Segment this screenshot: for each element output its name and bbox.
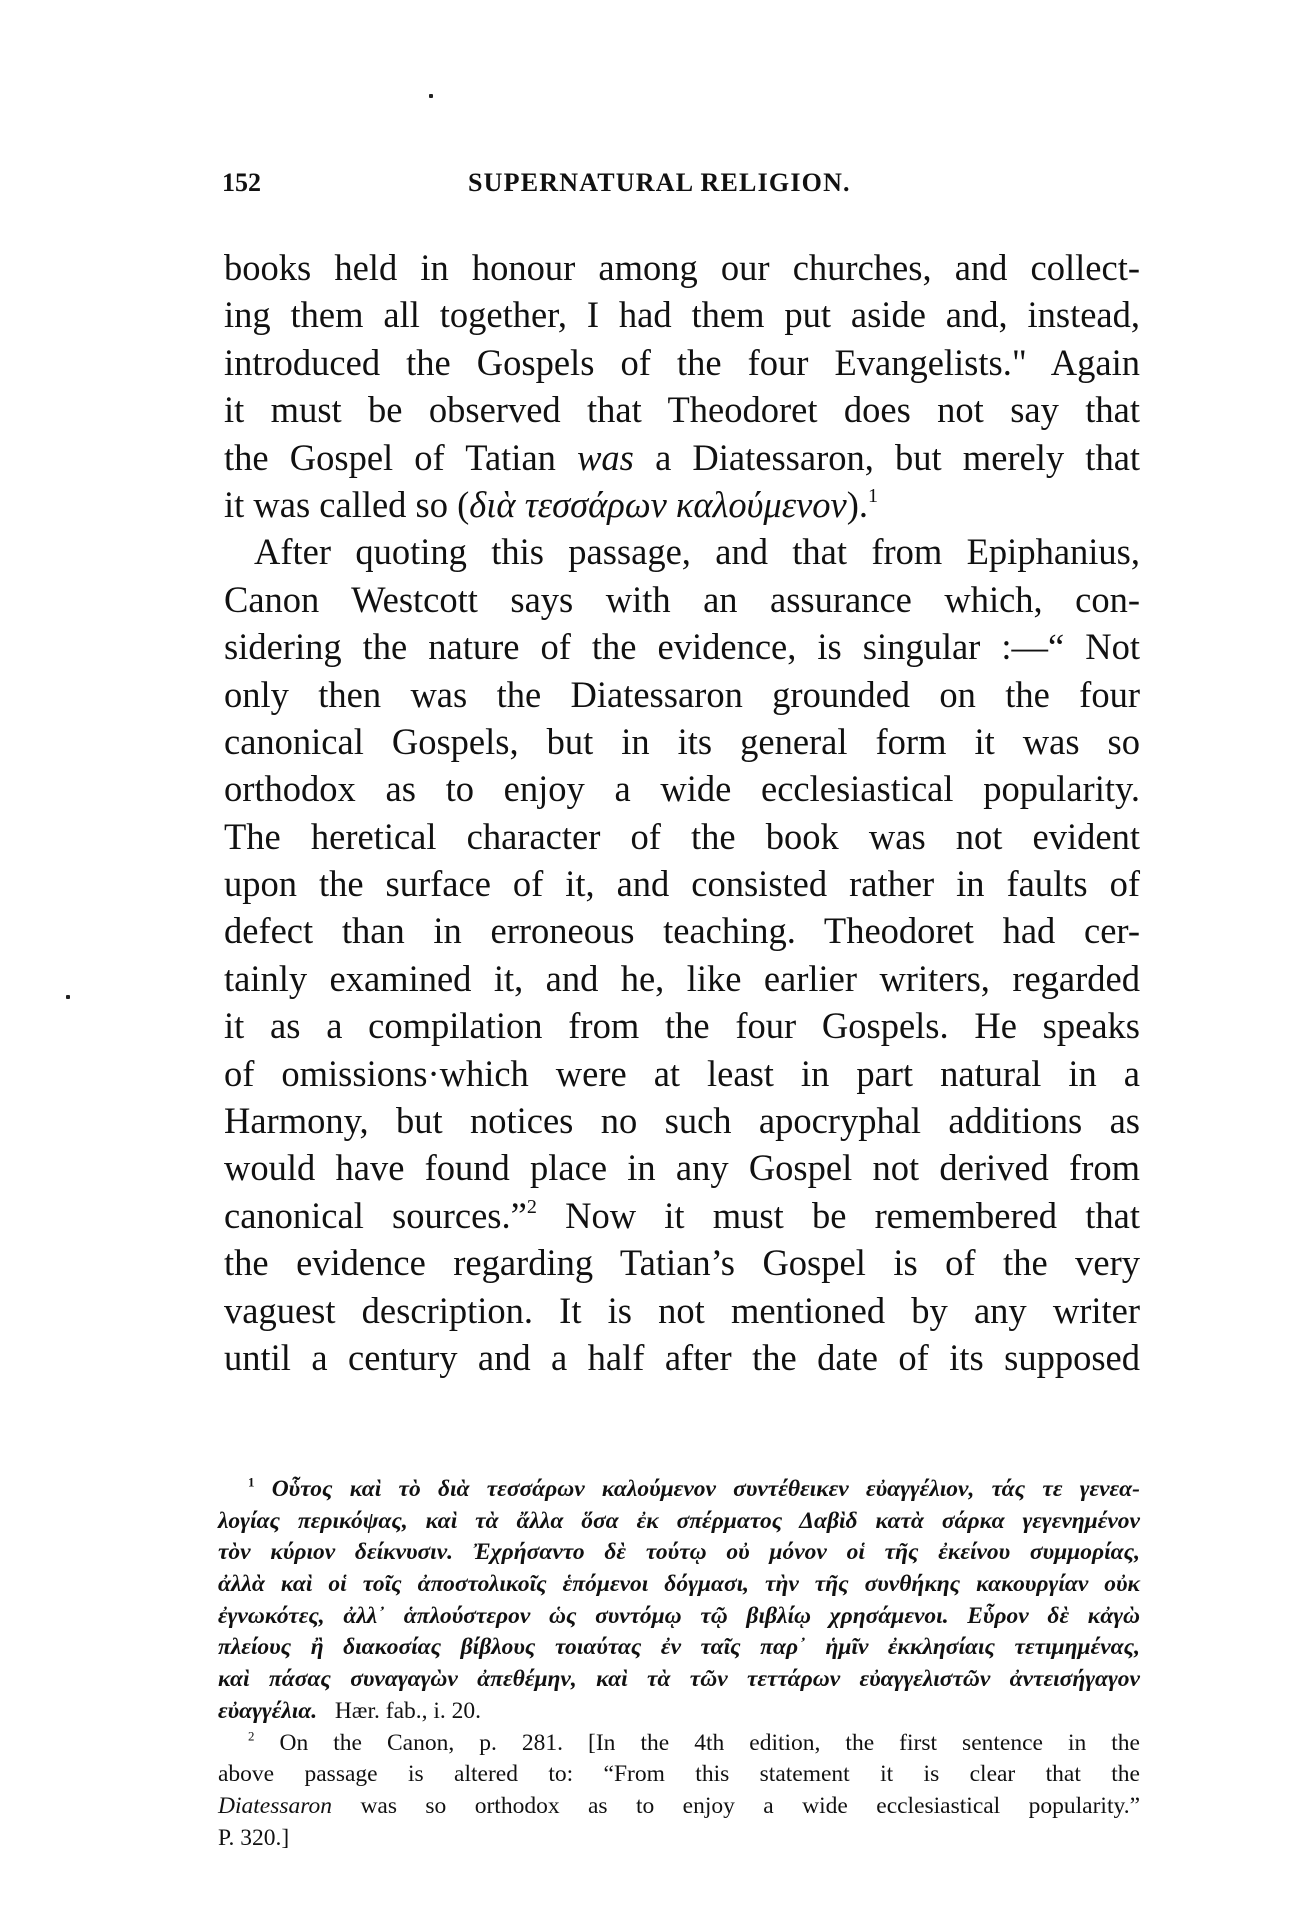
footnote-1-line: ἐγνωκότες, ἀλλ᾽ ἁπλούστερον ὡς συντόμῳ τ… [218, 1601, 1140, 1633]
footnote-1-line: 1 Οὗτος καὶ τὸ διὰ τεσσάρων καλούμενον σ… [218, 1474, 1140, 1506]
body-line: Harmony, but notices no such apocryphal … [224, 1097, 1140, 1144]
body-line: it must be observed that Theodoret does … [224, 386, 1140, 433]
body-line: Canon Westcott says with an assurance wh… [224, 576, 1140, 623]
footnote-ref-1[interactable]: 1 [868, 485, 878, 507]
running-title: SUPERNATURAL RELIGION. [468, 168, 851, 198]
body-line: books held in honour among our churches,… [224, 244, 1140, 291]
scan-speck-left [66, 995, 70, 999]
body-line: vaguest description. It is not mentioned… [224, 1287, 1140, 1334]
italic-title: Diatessaron [218, 1793, 332, 1819]
italic-emphasis: was [577, 437, 634, 478]
body-line: only then was the Diatessaron grounded o… [224, 671, 1140, 718]
footnotes: 1 Οὗτος καὶ τὸ διὰ τεσσάρων καλούμενον σ… [218, 1474, 1140, 1854]
footnote-1-line: πλείους ἢ διακοσίας βίβλους τοιαύτας ἐν … [218, 1632, 1140, 1664]
text-run: a Diatessaron, but merely that [655, 437, 1140, 478]
greek-quotation: διὰ τεσσάρων καλούμενον [469, 484, 846, 525]
body-line: After quoting this passage, and that fro… [224, 528, 1140, 575]
body-line: upon the surface of it, and consisted ra… [224, 860, 1140, 907]
body-line: canonical sources.”2 Now it must be reme… [224, 1192, 1140, 1239]
footnote-1-line: λογίας περικόψας, καὶ τὰ ἄλλα ὅσα ἐκ σπέ… [218, 1506, 1140, 1538]
body-line: defect than in erroneous teaching. Theod… [224, 907, 1140, 954]
body-line: the evidence regarding Tatian’s Gospel i… [224, 1239, 1140, 1286]
text-run: the Gospel of Tatian [224, 437, 556, 478]
body-line: sidering the nature of the evidence, is … [224, 623, 1140, 670]
body-line: of omissions·which were at least in part… [224, 1050, 1140, 1097]
page-number: 152 [222, 168, 261, 198]
body-line: it was called so (διὰ τεσσάρων καλούμενο… [224, 481, 1140, 528]
text-run: ). [847, 484, 868, 525]
body-line: it as a compilation from the four Gospel… [224, 1002, 1140, 1049]
citation: Hær. fab., i. 20. [335, 1698, 481, 1724]
footnote-marker-2: 2 [248, 1728, 254, 1743]
greek-text: Οὗτος καὶ τὸ διὰ τεσσάρων καλούμενον συν… [272, 1476, 1140, 1502]
footnote-2-line: 2 On the Canon, p. 281. [In the 4th edit… [218, 1728, 1140, 1760]
footnote-2-line: Diatessaron was so orthodox as to enjoy … [218, 1791, 1140, 1823]
body-line: orthodox as to enjoy a wide ecclesiastic… [224, 765, 1140, 812]
body-line: introduced the Gospels of the four Evang… [224, 339, 1140, 386]
body-line: tainly examined it, and he, like earlier… [224, 955, 1140, 1002]
body-line: canonical Gospels, but in its general fo… [224, 718, 1140, 765]
text-run: Now it must be remembered that [537, 1195, 1140, 1236]
footnote-1-line: ἀλλὰ καὶ οἱ τοῖς ἀποστολικοῖς ἑπόμενοι δ… [218, 1569, 1140, 1601]
footnote-ref-2[interactable]: 2 [527, 1196, 537, 1218]
footnote-2-line: P. 320.] [218, 1823, 1140, 1855]
footnote-1-line: καὶ πάσας συναγαγὼν ἀπεθέμην, καὶ τὰ τῶν… [218, 1664, 1140, 1696]
text-run: was so orthodox as to enjoy a wide eccle… [332, 1793, 1140, 1819]
greek-text: εὐαγγέλια. [218, 1698, 317, 1724]
footnote-2-line: above passage is altered to: “From this … [218, 1759, 1140, 1791]
body-line: the Gospel of Tatian was a Diatessaron, … [224, 434, 1140, 481]
text-run: On the Canon, p. 281. [In the 4th editio… [279, 1730, 1140, 1756]
scan-speck-top [429, 94, 433, 98]
footnote-1-line: τὸν κύριον δείκνυσιν. Ἐχρήσαντο δὲ τούτῳ… [218, 1537, 1140, 1569]
body-line: would have found place in any Gospel not… [224, 1144, 1140, 1191]
text-run: it was called so ( [224, 484, 469, 525]
body-line: until a century and a half after the dat… [224, 1334, 1140, 1381]
body-line: The heretical character of the book was … [224, 813, 1140, 860]
running-head: 152 SUPERNATURAL RELIGION. [218, 168, 1138, 198]
body-text: books held in honour among our churches,… [224, 244, 1140, 1381]
footnote-marker-1: 1 [248, 1474, 254, 1489]
footnote-1-line: εὐαγγέλια. Hær. fab., i. 20. [218, 1696, 1140, 1728]
body-line: ing them all together, I had them put as… [224, 291, 1140, 338]
text-run: canonical sources.” [224, 1195, 527, 1236]
